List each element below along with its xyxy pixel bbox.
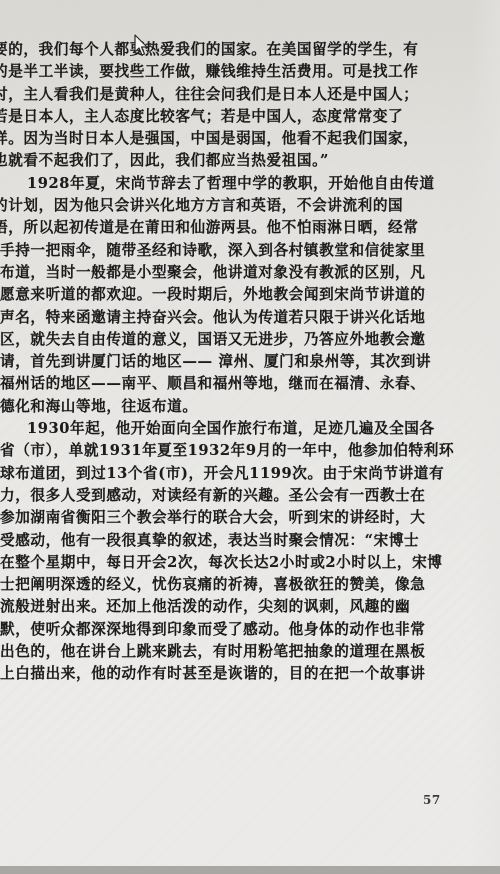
- text-line: 福州话的地区——南平、顺昌和福州等地，继而在福清、永春、: [0, 373, 470, 395]
- paragraph-start-line: 1930年起，他开始面向全国作旅行布道，足迹几遍及全国各: [0, 418, 470, 440]
- text-line: 布道，当时一般都是小型聚会，他讲道对象没有教派的区别，凡: [0, 262, 470, 284]
- text-line: 出色的，他在讲台上跳来跳去，有时用粉笔把抽象的道理在黑板: [0, 641, 470, 663]
- text-line: 德化和海山等地，往返布道。: [0, 396, 470, 418]
- paragraph-start-line: 1928年夏，宋尚节辞去了哲理中学的教职，开始他自由传道: [0, 173, 470, 195]
- text-line: 时，主人看我们是黄种人，往往会问我们是日本人还是中国人；: [0, 84, 470, 106]
- text-line: 区，就失去自由传道的意义，国语又无进步，乃答应外地教会邀: [0, 329, 470, 351]
- text-line: 的是半工半读，要找些工作做，赚钱维持生活费用。可是找工作: [0, 61, 470, 83]
- text-line: 声名，特来函邀请主持奋兴会。他认为传道若只限于讲兴化话地: [0, 307, 470, 329]
- text-line: 上白描出来，他的动作有时甚至是诙谐的，目的在把一个故事讲: [0, 663, 470, 685]
- text-line: 也就看不起我们了，因此，我们都应当热爱祖国。”: [0, 150, 470, 172]
- text-line: 球布道团，到过13个省(市)，开会凡1199次。由于宋尚节讲道有: [0, 463, 470, 485]
- text-line: 士把阐明深透的经义，忧伤哀痛的祈祷，喜极欲狂的赞美，像急: [0, 574, 470, 596]
- text-line: 愿意来听道的都欢迎。一段时期后，外地教会闻到宋尚节讲道的: [0, 284, 470, 306]
- text-line: 的计划，因为他只会讲兴化地方方言和英语，不会讲流利的国: [0, 195, 470, 217]
- text-line: 力，很多人受到感动，对读经有新的兴趣。圣公会有一西教士在: [0, 485, 470, 507]
- text-line: 参加湖南省衡阳三个教会举行的联合大会，听到宋的讲经时，大: [0, 507, 470, 529]
- page-number: 57: [423, 793, 441, 807]
- text-line: 省（市），单就1931年夏至1932年9月的一年中，他参加伯特利环: [0, 440, 470, 462]
- text-line: 流般迸射出来。还加上他活泼的动作，尖刻的讽刺，风趣的幽: [0, 596, 470, 618]
- text-line: 要的，我们每个人都要热爱我们的国家。在美国留学的学生，有: [0, 39, 470, 61]
- photo-bottom-edge: [0, 866, 500, 874]
- text-line: 在整个星期中，每日开会2次，每次长达2小时或2小时以上，宋博: [0, 552, 470, 574]
- text-line: 若是日本人，主人态度比较客气；若是中国人，态度常常变了: [0, 106, 470, 128]
- text-line: 请，首先到讲厦门话的地区—— 漳州、厦门和泉州等，其次到讲: [0, 351, 470, 373]
- book-page-photo: 要的，我们每个人都要热爱我们的国家。在美国留学的学生，有 的是半工半读，要找些工…: [0, 0, 500, 866]
- mouse-pointer-icon: [134, 34, 150, 58]
- text-line: 语，所以起初传道是在莆田和仙游两县。他不怕雨淋日晒，经常: [0, 217, 470, 239]
- text-line: 默，使听众都深深地得到印象而受了感动。他身体的动作也非常: [0, 619, 470, 641]
- body-text: 要的，我们每个人都要热爱我们的国家。在美国留学的学生，有 的是半工半读，要找些工…: [0, 39, 470, 686]
- text-line: 样。因为当时日本人是强国，中国是弱国，他看不起我们国家，: [0, 128, 470, 150]
- page-edge-shading: [470, 0, 500, 866]
- text-line: 受感动，他有一段很真挚的叙述，表达当时聚会情况：“宋博士: [0, 530, 470, 552]
- text-line: 手持一把雨伞，随带圣经和诗歌，深入到各村镇教堂和信徒家里: [0, 240, 470, 262]
